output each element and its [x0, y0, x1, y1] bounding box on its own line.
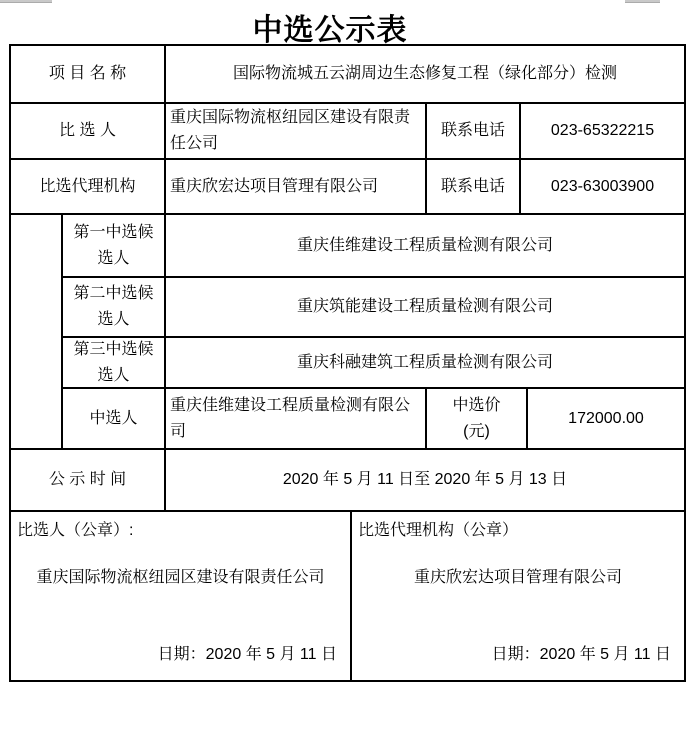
project-name-value: 国际物流城五云湖周边生态修复工程（绿化部分）检测 [164, 46, 684, 102]
candidate-row-1: 第一中选候选人 重庆佳维建设工程质量检测有限公司 [63, 215, 684, 276]
seal-block-agency: 比选代理机构（公章） 重庆欣宏达项目管理有限公司 日期：2020 年 5 月 1… [350, 512, 684, 680]
selector-phone-label: 联系电话 [425, 104, 519, 158]
candidate-2-value: 重庆筑能建设工程质量检测有限公司 [164, 278, 684, 336]
candidate-row-2: 第二中选候选人 重庆筑能建设工程质量检测有限公司 [63, 276, 684, 336]
winner-row: 中选人 重庆佳维建设工程质量检测有限公司 中选价 (元) 172000.00 [63, 387, 684, 448]
publicity-time-value: 2020 年 5 月 11 日至 2020 年 5 月 13 日 [164, 450, 684, 510]
seal-selector-company: 重庆国际物流枢纽园区建设有限责任公司 [11, 566, 350, 590]
seal-agency-header: 比选代理机构（公章） [352, 512, 684, 543]
selector-value: 重庆国际物流枢纽园区建设有限责任公司 [164, 104, 425, 158]
seal-agency-date: 日期：2020 年 5 月 11 日 [492, 643, 671, 667]
selector-phone-value: 023-65322215 [519, 104, 684, 158]
window-edge-fragment-right [625, 0, 660, 3]
agency-phone-value: 023-63003900 [519, 160, 684, 213]
winner-price-value: 172000.00 [526, 389, 684, 448]
candidate-1-value: 重庆佳维建设工程质量检测有限公司 [164, 215, 684, 276]
agency-value: 重庆欣宏达项目管理有限公司 [164, 160, 425, 213]
selector-label: 比 选 人 [11, 104, 164, 158]
winner-label: 中选人 [63, 389, 164, 448]
spanner-empty-cell [11, 215, 61, 448]
window-edge-fragment-left [0, 0, 52, 3]
candidates-section: 第一中选候选人 重庆佳维建设工程质量检测有限公司 第二中选候选人 重庆筑能建设工… [11, 213, 684, 448]
publicity-time-label: 公 示 时 间 [11, 450, 164, 510]
winner-value: 重庆佳维建设工程质量检测有限公司 [164, 389, 425, 448]
announcement-table: 项 目 名 称 国际物流城五云湖周边生态修复工程（绿化部分）检测 比 选 人 重… [9, 44, 686, 682]
seal-selector-header: 比选人（公章）: [11, 512, 350, 543]
seal-selector-date: 日期：2020 年 5 月 11 日 [158, 643, 337, 667]
candidate-3-label: 第三中选候选人 [63, 338, 164, 387]
candidate-row-3: 第三中选候选人 重庆科融建筑工程质量检测有限公司 [63, 336, 684, 387]
agency-label: 比选代理机构 [11, 160, 164, 213]
candidate-1-label: 第一中选候选人 [63, 215, 164, 276]
candidate-3-value: 重庆科融建筑工程质量检测有限公司 [164, 338, 684, 387]
agency-phone-label: 联系电话 [425, 160, 519, 213]
candidate-2-label: 第二中选候选人 [63, 278, 164, 336]
seal-footer-row: 比选人（公章）: 重庆国际物流枢纽园区建设有限责任公司 日期：2020 年 5 … [11, 510, 684, 680]
seal-block-selector: 比选人（公章）: 重庆国际物流枢纽园区建设有限责任公司 日期：2020 年 5 … [11, 512, 350, 680]
agency-row: 比选代理机构 重庆欣宏达项目管理有限公司 联系电话 023-63003900 [11, 158, 684, 213]
page-title: 中选公示表 [0, 5, 660, 49]
project-row: 项 目 名 称 国际物流城五云湖周边生态修复工程（绿化部分）检测 [11, 46, 684, 102]
winner-price-label: 中选价 (元) [425, 389, 526, 448]
seal-agency-company: 重庆欣宏达项目管理有限公司 [352, 566, 684, 590]
project-name-label: 项 目 名 称 [11, 46, 164, 102]
selector-row: 比 选 人 重庆国际物流枢纽园区建设有限责任公司 联系电话 023-653222… [11, 102, 684, 158]
publicity-row: 公 示 时 间 2020 年 5 月 11 日至 2020 年 5 月 13 日 [11, 448, 684, 510]
